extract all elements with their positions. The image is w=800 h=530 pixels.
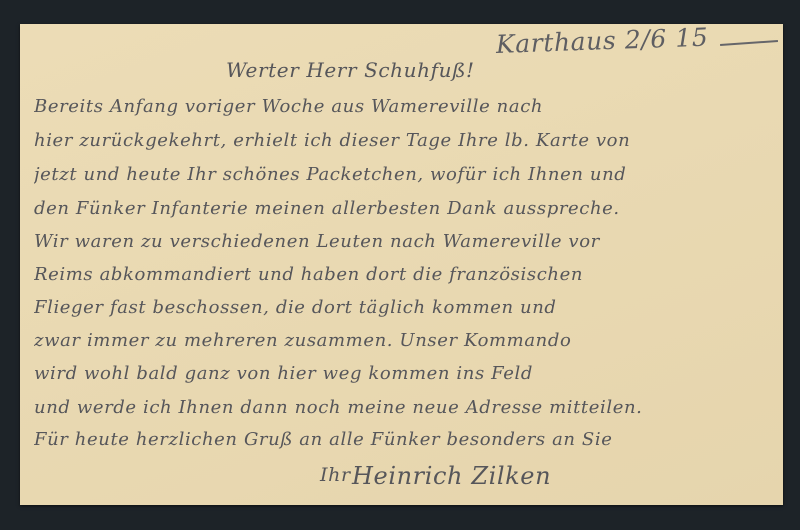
closing: Ihr bbox=[320, 464, 351, 486]
body-line: Bereits Anfang voriger Woche aus Wamerev… bbox=[34, 96, 774, 117]
greeting: Werter Herr Schuhfuß! bbox=[226, 58, 475, 82]
body-line: und werde ich Ihnen dann noch meine neue… bbox=[34, 397, 774, 418]
postcard: Karthaus 2/6 15 Werter Herr Schuhfuß! Be… bbox=[20, 24, 783, 505]
body-line: Reims abkommandiert und haben dort die f… bbox=[34, 264, 774, 285]
body-line: den Fünker Infanterie meinen allerbesten… bbox=[34, 198, 774, 219]
place-date: Karthaus 2/6 15 bbox=[495, 23, 708, 59]
body-line: wird wohl bald ganz von hier weg kommen … bbox=[34, 363, 774, 384]
body-line: hier zurückgekehrt, erhielt ich dieser T… bbox=[34, 130, 774, 151]
body-line: zwar immer zu mehreren zusammen. Unser K… bbox=[34, 330, 774, 351]
date-underline bbox=[720, 40, 778, 46]
body-line: Wir waren zu verschiedenen Leuten nach W… bbox=[34, 231, 774, 252]
signature: Heinrich Zilken bbox=[352, 462, 551, 490]
body-line: Für heute herzlichen Gruß an alle Fünker… bbox=[34, 429, 774, 450]
body-line: Flieger fast beschossen, die dort täglic… bbox=[34, 297, 774, 318]
body-line: jetzt und heute Ihr schönes Packetchen, … bbox=[34, 164, 774, 185]
